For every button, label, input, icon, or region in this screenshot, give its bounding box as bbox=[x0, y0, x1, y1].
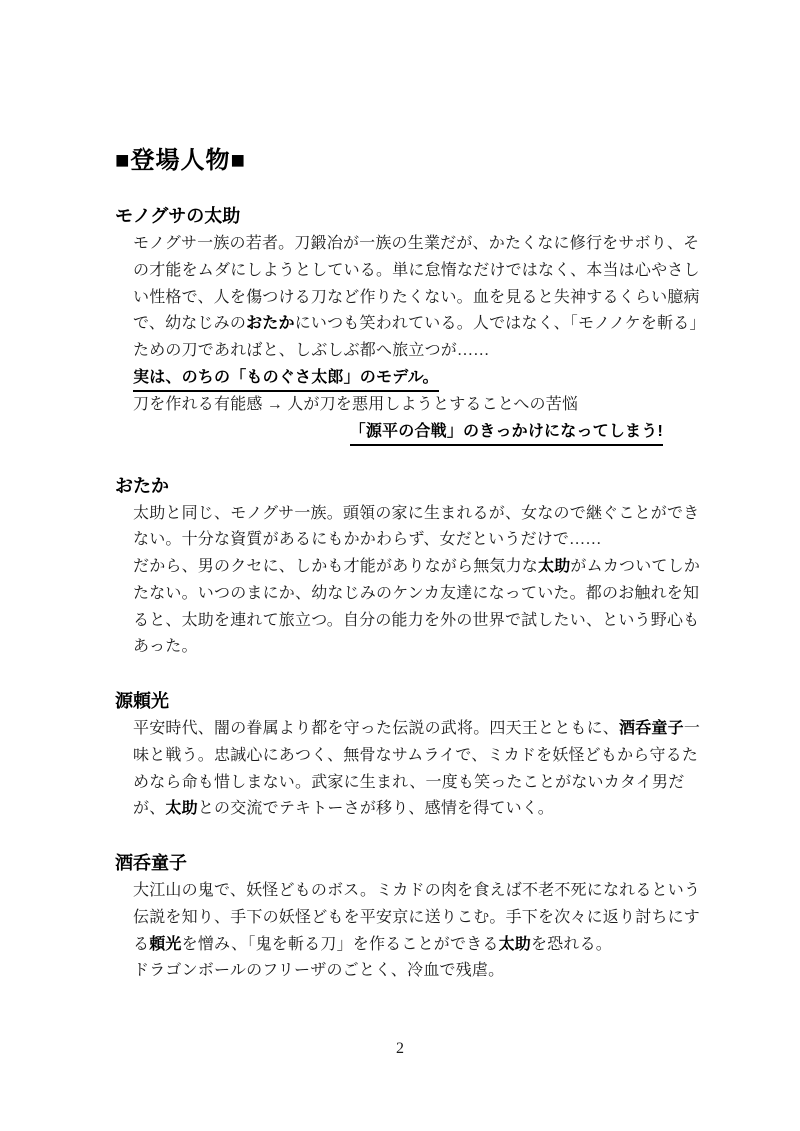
text-line: あった。 bbox=[115, 634, 700, 661]
text-line: い性格で、人を傷つける刀など作りたくない。血を見ると失神するくらい臆病 bbox=[115, 285, 700, 312]
bold-term: 太助 bbox=[499, 936, 531, 953]
text-line: 味と戦う。忠誠心にあつく、無骨なサムライで、ミカドを妖怪どもから守るた bbox=[115, 743, 700, 770]
text-line: が、太助との交流でテキトーさが移り、感情を得ていく。 bbox=[115, 796, 700, 823]
text-segment: い性格で、人を傷つける刀など作りたくない。血を見ると失神するくらい臆病 bbox=[133, 289, 700, 306]
text-line: で、幼なじみのおたかにいつも笑われている。人ではなく、「モノノケを斬る」 bbox=[115, 311, 700, 338]
text-segment: たない。いつのまにか、幼なじみのケンカ友達になっていた。都のお触れを知 bbox=[133, 585, 699, 602]
text-segment: めなら命も惜しまない。武家に生まれ、一度も笑ったことがないカタイ男だ bbox=[133, 774, 684, 791]
text-line: 大江山の鬼で、妖怪どものボス。ミカドの肉を食えば不老不死になれるという bbox=[115, 878, 700, 905]
text-line: 太助と同じ、モノグサ一族。頭領の家に生まれるが、女なので継ぐことができ bbox=[115, 501, 700, 528]
text-segment: 伝説を知り、手下の妖怪どもを平安京に送りこむ。手下を次々に返り討ちにす bbox=[133, 909, 700, 926]
text-segment: だから、男のクセに、しかも才能がありながら無気力な bbox=[133, 558, 538, 575]
text-line: 伝説を知り、手下の妖怪どもを平安京に送りこむ。手下を次々に返り討ちにす bbox=[115, 905, 700, 932]
bold-term: 頼光 bbox=[149, 936, 181, 953]
page-number: 2 bbox=[0, 1040, 800, 1058]
text-segment: ない。十分な資質があるにもかかわらず、女だというだけで…… bbox=[133, 531, 602, 548]
text-segment: 大江山の鬼で、妖怪どものボス。ミカドの肉を食えば不老不死になれるという bbox=[133, 882, 700, 899]
text-line: 刀を作れる有能感 → 人が刀を悪用しようとすることへの苦悩 bbox=[115, 392, 700, 419]
text-segment: で、幼なじみの bbox=[133, 315, 246, 332]
text-segment: を憎み、「鬼を斬る刀」を作ることができる bbox=[182, 936, 499, 953]
document-content: ■登場人物■ モノグサの太助モノグサ一族の若者。刀鍛冶が一族の生業だが、かたくな… bbox=[115, 146, 700, 985]
text-line: の才能をムダにしようとしている。単に怠惰なだけではなく、本当は心やさし bbox=[115, 258, 700, 285]
document-page: ■登場人物■ モノグサの太助モノグサ一族の若者。刀鍛冶が一族の生業だが、かたくな… bbox=[0, 0, 800, 1131]
text-line: る頼光を憎み、「鬼を斬る刀」を作ることができる太助を恐れる。 bbox=[115, 932, 700, 959]
text-segment: を恐れる。 bbox=[531, 936, 612, 953]
text-segment: 刀を作れる有能感 → 人が刀を悪用しようとすることへの苦悩 bbox=[133, 396, 578, 413]
underlined-emphasis: 実は、のちの「ものぐさ太郎」のモデル。 bbox=[133, 367, 439, 392]
section-heading: おたか bbox=[115, 474, 700, 498]
text-segment: 味と戦う。忠誠心にあつく、無骨なサムライで、ミカドを妖怪どもから守るた bbox=[133, 747, 698, 764]
text-segment: 一 bbox=[684, 720, 700, 737]
text-segment: ドラゴンボールのフリーザのごとく、冷血で残虐。 bbox=[133, 962, 504, 979]
text-line: ると、太助を連れて旅立つ。自分の能力を外の世界で試したい、という野心も bbox=[115, 608, 700, 635]
text-segment: ための刀であればと、しぶしぶ都へ旅立つが…… bbox=[133, 342, 489, 359]
text-line: 実は、のちの「ものぐさ太郎」のモデル。 bbox=[115, 365, 700, 392]
text-line: だから、男のクセに、しかも才能がありながら無気力な太助がムカついてしか bbox=[115, 554, 700, 581]
text-line: ドラゴンボールのフリーザのごとく、冷血で残虐。 bbox=[115, 958, 700, 985]
section-heading: 源頼光 bbox=[115, 689, 700, 713]
section-heading: モノグサの太助 bbox=[115, 204, 700, 228]
bold-term: 酒呑童子 bbox=[619, 720, 684, 737]
bold-term: 「源平の合戦」のきっかけになってしまう! bbox=[350, 423, 663, 440]
text-segment: がムカついてしか bbox=[570, 558, 700, 575]
character-section: モノグサの太助モノグサ一族の若者。刀鍛冶が一族の生業だが、かたくなに修行をサボり… bbox=[115, 204, 700, 446]
sections: モノグサの太助モノグサ一族の若者。刀鍛冶が一族の生業だが、かたくなに修行をサボり… bbox=[115, 204, 700, 985]
text-line: 平安時代、闇の眷属より都を守った伝説の武将。四天王とともに、酒呑童子一 bbox=[115, 716, 700, 743]
text-segment: にいつも笑われている。人ではなく、「モノノケを斬る」 bbox=[295, 315, 706, 332]
underlined-emphasis: 「源平の合戦」のきっかけになってしまう! bbox=[350, 421, 663, 446]
bold-term: 太助 bbox=[165, 800, 197, 817]
text-segment: る bbox=[133, 936, 149, 953]
text-segment: 平安時代、闇の眷属より都を守った伝説の武将。四天王とともに、 bbox=[133, 720, 619, 737]
text-line: たない。いつのまにか、幼なじみのケンカ友達になっていた。都のお触れを知 bbox=[115, 581, 700, 608]
bold-term: 実は、のちの「ものぐさ太郎」のモデル。 bbox=[133, 369, 439, 386]
bold-term: 太助 bbox=[538, 558, 570, 575]
text-segment: ると、太助を連れて旅立つ。自分の能力を外の世界で試したい、という野心も bbox=[133, 612, 699, 629]
text-segment: が、 bbox=[133, 800, 165, 817]
text-segment: との交流でテキトーさが移り、感情を得ていく。 bbox=[198, 800, 554, 817]
character-section: 源頼光平安時代、闇の眷属より都を守った伝説の武将。四天王とともに、酒呑童子一味と… bbox=[115, 689, 700, 823]
text-segment: あった。 bbox=[133, 638, 198, 655]
text-line: モノグサ一族の若者。刀鍛冶が一族の生業だが、かたくなに修行をサボり、そ bbox=[115, 231, 700, 258]
text-segment: の才能をムダにしようとしている。単に怠惰なだけではなく、本当は心やさし bbox=[133, 262, 700, 279]
page-title: ■登場人物■ bbox=[115, 146, 700, 176]
text-line: ための刀であればと、しぶしぶ都へ旅立つが…… bbox=[115, 338, 700, 365]
text-segment: モノグサ一族の若者。刀鍛冶が一族の生業だが、かたくなに修行をサボり、そ bbox=[133, 235, 699, 252]
character-section: 酒呑童子大江山の鬼で、妖怪どものボス。ミカドの肉を食えば不老不死になれるという伝… bbox=[115, 851, 700, 985]
bold-term: おたか bbox=[246, 315, 295, 332]
text-line: めなら命も惜しまない。武家に生まれ、一度も笑ったことがないカタイ男だ bbox=[115, 770, 700, 797]
section-heading: 酒呑童子 bbox=[115, 851, 700, 875]
text-line: 「源平の合戦」のきっかけになってしまう! bbox=[115, 419, 700, 446]
character-section: おたか太助と同じ、モノグサ一族。頭領の家に生まれるが、女なので継ぐことができない… bbox=[115, 474, 700, 662]
text-segment: 太助と同じ、モノグサ一族。頭領の家に生まれるが、女なので継ぐことができ bbox=[133, 505, 699, 522]
text-line: ない。十分な資質があるにもかかわらず、女だというだけで…… bbox=[115, 527, 700, 554]
